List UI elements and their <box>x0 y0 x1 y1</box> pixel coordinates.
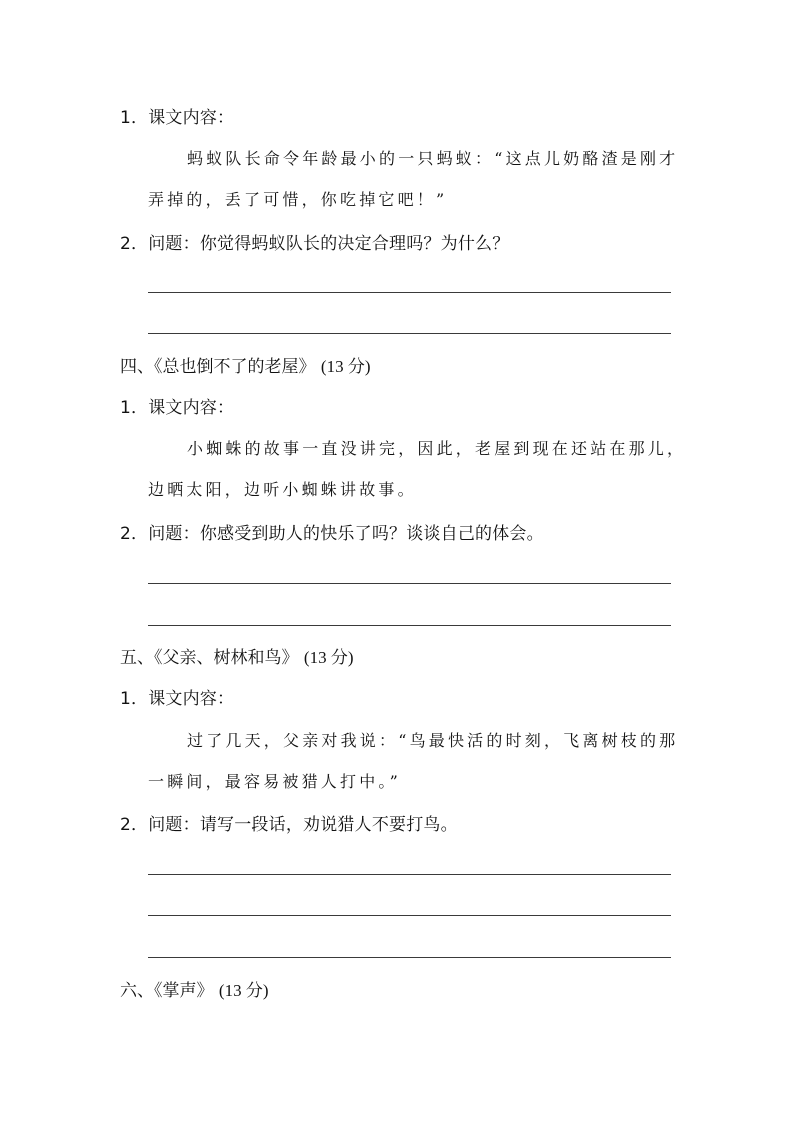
section-title-text: 四、《总也倒不了的老屋》 <box>120 357 316 377</box>
question-label: 2．问题：你觉得蚂蚁队长的决定合理吗？为什么？ <box>120 234 509 254</box>
answer-line[interactable] <box>148 874 671 875</box>
passage-line: 一瞬间，最容易被猎人打中。” <box>148 772 401 792</box>
section-title-text: 六、《掌声》 <box>120 981 214 1001</box>
answer-line[interactable] <box>148 957 671 958</box>
passage-line: 边晒太阳，边听小蜘蛛讲故事。 <box>148 480 417 500</box>
answer-line[interactable] <box>148 333 671 334</box>
content-label: 1．课文内容： <box>120 108 234 128</box>
answer-line[interactable] <box>148 583 671 584</box>
section-score: (13 分) <box>219 981 269 1000</box>
answer-line[interactable] <box>148 915 671 916</box>
section-title: 六、《掌声》 (13 分) <box>120 981 268 1001</box>
answer-line[interactable] <box>148 292 671 293</box>
section-title-text: 五、《父亲、树林和鸟》 <box>120 648 299 668</box>
question-label: 2．问题：你感受到助人的快乐了吗？谈谈自己的体会。 <box>120 524 544 544</box>
content-label: 1．课文内容： <box>120 398 234 418</box>
passage-line: 弄掉的，丢了可惜，你吃掉它吧！” <box>148 190 447 210</box>
passage-line: 小蜘蛛的故事一直没讲完，因此，老屋到现在还站在那儿， <box>187 439 686 459</box>
question-label: 2．问题：请写一段话，劝说猎人不要打鸟。 <box>120 815 458 835</box>
section-title: 四、《总也倒不了的老屋》 (13 分) <box>120 357 370 377</box>
section-score: (13 分) <box>304 648 354 667</box>
section-title: 五、《父亲、树林和鸟》 (13 分) <box>120 648 353 668</box>
passage-line: 蚂蚁队长命令年龄最小的一只蚂蚁：“这点儿奶酪渣是刚才 <box>187 149 678 169</box>
passage-line: 过了几天，父亲对我说：“鸟最快活的时刻，飞离树枝的那 <box>187 731 678 751</box>
content-label: 1．课文内容： <box>120 689 234 709</box>
section-score: (13 分) <box>321 357 371 376</box>
answer-line[interactable] <box>148 625 671 626</box>
